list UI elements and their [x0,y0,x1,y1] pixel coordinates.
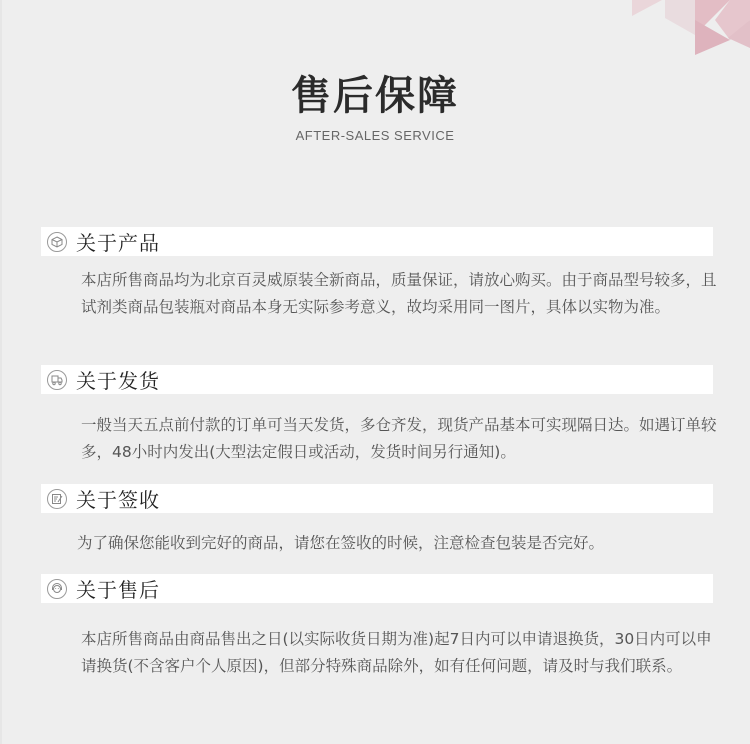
section-header-product: 关于产品 [41,227,713,256]
section-body-product: 本店所售商品均为北京百灵威原装全新商品，质量保证，请放心购买。由于商品型号较多，… [81,267,721,321]
page-subtitle: AFTER-SALES SERVICE [0,128,750,143]
section-title: 关于发货 [76,365,160,394]
package-icon [47,232,67,252]
headset-icon [47,579,67,599]
section-title: 关于签收 [76,484,160,513]
section-body-shipping: 一般当天五点前付款的订单可当天发货，多仓齐发，现货产品基本可实现隔日达。如遇订单… [81,412,721,466]
section-header-receipt: 关于签收 [41,484,713,513]
section-body-after-sales: 本店所售商品由商品售出之日(以实际收货日期为准)起7日内可以申请退换货，30日内… [81,626,721,680]
section-body-receipt: 为了确保您能收到完好的商品，请您在签收的时候，注意检查包装是否完好。 [77,530,717,557]
section-header-shipping: 关于发货 [41,365,713,394]
triangle-decoration [610,0,750,60]
page-title: 售后保障 [0,64,750,121]
section-header-after-sales: 关于售后 [41,574,713,603]
section-title: 关于售后 [76,574,160,603]
edit-icon [47,489,67,509]
truck-icon [47,370,67,390]
section-title: 关于产品 [76,227,160,256]
